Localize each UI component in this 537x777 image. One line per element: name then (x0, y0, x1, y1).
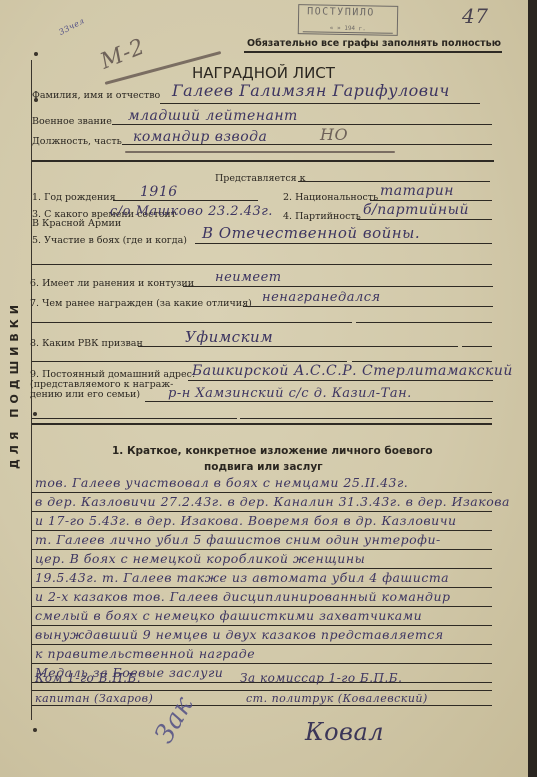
page-edge-shadow (528, 0, 537, 777)
field-line (183, 286, 493, 287)
narrative-line: тов. Галеев участвовал в боях с немцами … (35, 475, 408, 490)
field-line (32, 663, 492, 664)
field-line (32, 568, 492, 569)
section1-heading-line1: 1. Краткое, конкретное изложение личного… (112, 445, 433, 457)
received-stamp: ПОСТУПИЛО « » 194 г. (298, 4, 399, 36)
field-line (32, 264, 492, 265)
field-label-position: Должность, часть (32, 136, 122, 147)
signature-left-line2: капитан (Захаров) (35, 692, 153, 705)
field-line (32, 690, 492, 691)
field-line (138, 346, 458, 347)
pencil-stroke (125, 151, 395, 153)
field-label-party: 4. Партийность (283, 211, 361, 222)
section1-heading-line2: подвига или заслуг (204, 461, 323, 473)
commander-signature: Ковал (305, 718, 384, 746)
field-note-position: НО (320, 125, 348, 144)
field-line (112, 124, 492, 125)
field-line (32, 511, 492, 512)
field-label-previous-awards: 7. Чем ранее награжден (за какие отличия… (30, 298, 252, 309)
field-value-nationality: татарин (380, 183, 454, 199)
page-number: 47 (462, 4, 488, 28)
document-title: НАГРАДНОЙ ЛИСТ (192, 64, 335, 82)
field-line (113, 200, 258, 201)
field-line (145, 401, 493, 402)
field-label-recruitment-office: 8. Каким РВК призван (30, 338, 143, 349)
instruction-text: Обязательно все графы заполнять полность… (247, 38, 501, 49)
field-line (32, 644, 492, 645)
narrative-line: цер. В боях с немецкой коробликой женщин… (35, 551, 365, 566)
signature-right-line1: За комиссар 1-го Б.П.Б. (240, 671, 402, 685)
field-line (32, 322, 352, 323)
field-line (160, 103, 480, 104)
field-line (32, 492, 492, 493)
corner-note: 33чел (57, 16, 85, 37)
narrative-line: к правительственной награде (35, 646, 255, 661)
field-value-previous-awards: ненагранедался (262, 290, 381, 305)
punch-hole (34, 52, 38, 56)
side-binding-label: ДЛЯ ПОДШИВКИ (8, 300, 24, 470)
pencil-mark: М-2 (97, 34, 149, 74)
field-line (32, 606, 492, 607)
field-line (356, 322, 492, 323)
punch-hole (33, 412, 37, 416)
presented-to-label: Представляется к (215, 173, 306, 184)
field-value-name: Галеев Галимзян Гарифулович (172, 81, 450, 100)
narrative-line: и 17-го 5.43г. в дер. Изакова. Вовремя б… (35, 513, 457, 528)
field-line (352, 361, 492, 362)
punch-hole (33, 728, 37, 732)
field-value-battles: В Отечественной войны. (202, 224, 420, 242)
section-divider (32, 160, 494, 162)
field-label-battles: 5. Участие в боях (где и когда) (32, 235, 187, 246)
field-line (32, 549, 492, 550)
narrative-line: т. Галеев лично убил 5 фашистов сним оди… (35, 532, 441, 547)
field-line (32, 530, 492, 531)
field-label-wounds: 6. Имеет ли ранения и контузии (30, 278, 194, 289)
field-label-birth-year: 1. Год рождения (32, 192, 116, 203)
field-label-rank: Военное звание (32, 116, 112, 127)
signature-left-line1: Ком 1-го Б.П.Б. (35, 671, 141, 685)
section-divider (32, 423, 492, 425)
field-value-wounds: неимеет (215, 270, 282, 285)
field-line (195, 243, 492, 244)
instruction-underline (244, 51, 502, 53)
field-line (32, 587, 492, 588)
field-line (188, 380, 493, 381)
field-line (240, 418, 492, 419)
narrative-line: в дер. Казловичи 27.2.43г. в дер. Канали… (35, 494, 510, 509)
field-value-address-line2: р-н Хамзинский с/с д. Казил-Тан. (168, 386, 412, 401)
signature-right-line2: ст. политрук (Ковалевский) (246, 692, 428, 705)
margin-note: Зак (149, 691, 199, 748)
field-line (243, 306, 493, 307)
award-sheet-page: ПОСТУПИЛО « » 194 г. 47 33чел М-2 Обязат… (0, 0, 530, 777)
field-line (32, 361, 347, 362)
label-line: В Красной Армии (32, 219, 176, 228)
narrative-line: вынуждавший 9 немцев и двух казаков пред… (35, 627, 444, 642)
field-line (32, 418, 237, 419)
field-label-name: Фамилия, имя и отчество (32, 90, 160, 101)
field-value-position: командир взвода (133, 129, 267, 145)
field-line (357, 219, 492, 220)
field-value-army-since: с/о Машково 23.2.43г. (110, 204, 273, 219)
field-line (370, 200, 492, 201)
field-value-party: б/партийный (363, 202, 469, 218)
field-value-rank: младший лейтенант (128, 108, 298, 124)
field-line (462, 346, 492, 347)
narrative-line: смелый в боях с немецко фашисткими захва… (35, 608, 422, 623)
narrative-line: 19.5.43г. т. Галеев также из автомата уб… (35, 570, 449, 585)
stamp-title: ПОСТУПИЛО (307, 6, 375, 18)
field-line (298, 181, 490, 182)
stamp-date-line: « » 194 г. (303, 24, 393, 34)
field-value-recruitment-office: Уфимским (185, 328, 273, 346)
field-line (32, 625, 492, 626)
field-value-address-line1: Башкирской А.С.С.Р. Стерлитамакский (192, 363, 513, 379)
field-line (32, 705, 492, 706)
narrative-line: и 2-х казаков тов. Галеев дисциплинирова… (35, 589, 451, 604)
field-value-birth-year: 1916 (140, 184, 178, 200)
